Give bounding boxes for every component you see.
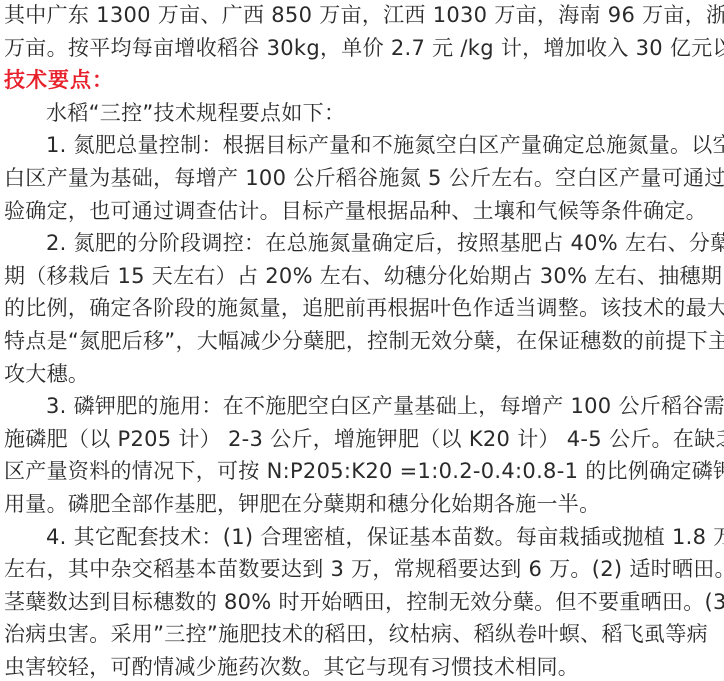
- text-line: 水稻“三控”技术规程要点如下：: [4, 97, 720, 130]
- text-line: 万亩。按平均每亩增收稻谷 30kg，单价 2.7 元 /kg 计，增加收入 30…: [4, 32, 720, 65]
- text-line: 施磷肥（以 P205 计） 2-3 公斤，增施钾肥（以 K20 计） 4-5 公…: [4, 423, 720, 456]
- text-line: 攻大穗。: [4, 358, 720, 391]
- text-line: 区产量资料的情况下，可按 N:P205:K20 =1:0.2-0.4:0.8-1…: [4, 455, 720, 488]
- text-line: 虫害较轻，可酌情减少施药次数。其它与现有习惯技术相同。: [4, 651, 720, 681]
- text-line: 茎蘖数达到目标穗数的 80% 时开始晒田，控制无效分蘖。但不要重晒田。(3) 防: [4, 586, 720, 619]
- lead-paragraph: 水稻“三控”技术规程要点如下：: [4, 97, 720, 130]
- text-line: 特点是“氮肥后移”，大幅减少分蘖肥，控制无效分蘖，在保证穗数的前提下主: [4, 325, 720, 358]
- text-line: 3. 磷钾肥的施用：在不施肥空白区产量基础上，每增产 100 公斤稻谷需增: [4, 390, 720, 423]
- document-body: 其中广东 1300 万亩、广西 850 万亩，江西 1030 万亩，海南 96 …: [4, 0, 720, 681]
- text-line: 白区产量为基础，每增产 100 公斤稻谷施氮 5 公斤左右。空白区产量可通过试: [4, 162, 720, 195]
- section-nitrogen-stages: 2. 氮肥的分阶段调控：在总施氮量确定后，按照基肥占 40% 左右、分蘖中 期（…: [4, 227, 720, 390]
- section-other-techniques: 4. 其它配套技术：(1) 合理密植，保证基本苗数。每亩栽插或抛植 1.8 万穴…: [4, 521, 720, 681]
- text-line: 其中广东 1300 万亩、广西 850 万亩，江西 1030 万亩，海南 96 …: [4, 0, 720, 32]
- text-line: 1. 氮肥总量控制：根据目标产量和不施氮空白区产量确定总施氮量。以空: [4, 129, 720, 162]
- text-line: 治病虫害。采用”三控”施肥技术的稻田，纹枯病、稻纵卷叶螟、稻飞虱等病: [4, 618, 720, 651]
- text-line: 左右，其中杂交稻基本苗数要达到 3 万，常规稻要达到 6 万。(2) 适时晒田。…: [4, 553, 720, 586]
- text-line: 的比例，确定各阶段的施氮量，追肥前再根据叶色作适当调整。该技术的最大: [4, 292, 720, 325]
- intro-paragraph: 其中广东 1300 万亩、广西 850 万亩，江西 1030 万亩，海南 96 …: [4, 0, 720, 64]
- text-line: 4. 其它配套技术：(1) 合理密植，保证基本苗数。每亩栽插或抛植 1.8 万穴: [4, 521, 720, 554]
- section-phosphorus-potassium: 3. 磷钾肥的施用：在不施肥空白区产量基础上，每增产 100 公斤稻谷需增 施磷…: [4, 390, 720, 520]
- text-line: 用量。磷肥全部作基肥，钾肥在分蘖期和穗分化始期各施一半。: [4, 488, 720, 521]
- section-nitrogen-total: 1. 氮肥总量控制：根据目标产量和不施氮空白区产量确定总施氮量。以空 白区产量为…: [4, 129, 720, 227]
- text-line: 2. 氮肥的分阶段调控：在总施氮量确定后，按照基肥占 40% 左右、分蘖中: [4, 227, 720, 260]
- text-line: 期（移栽后 15 天左右）占 20% 左右、幼穗分化始期占 30% 左右、抽穗期…: [4, 260, 720, 293]
- text-line: 验确定，也可通过调查估计。目标产量根据品种、土壤和气候等条件确定。: [4, 195, 720, 228]
- section-heading: 技术要点：: [4, 64, 720, 97]
